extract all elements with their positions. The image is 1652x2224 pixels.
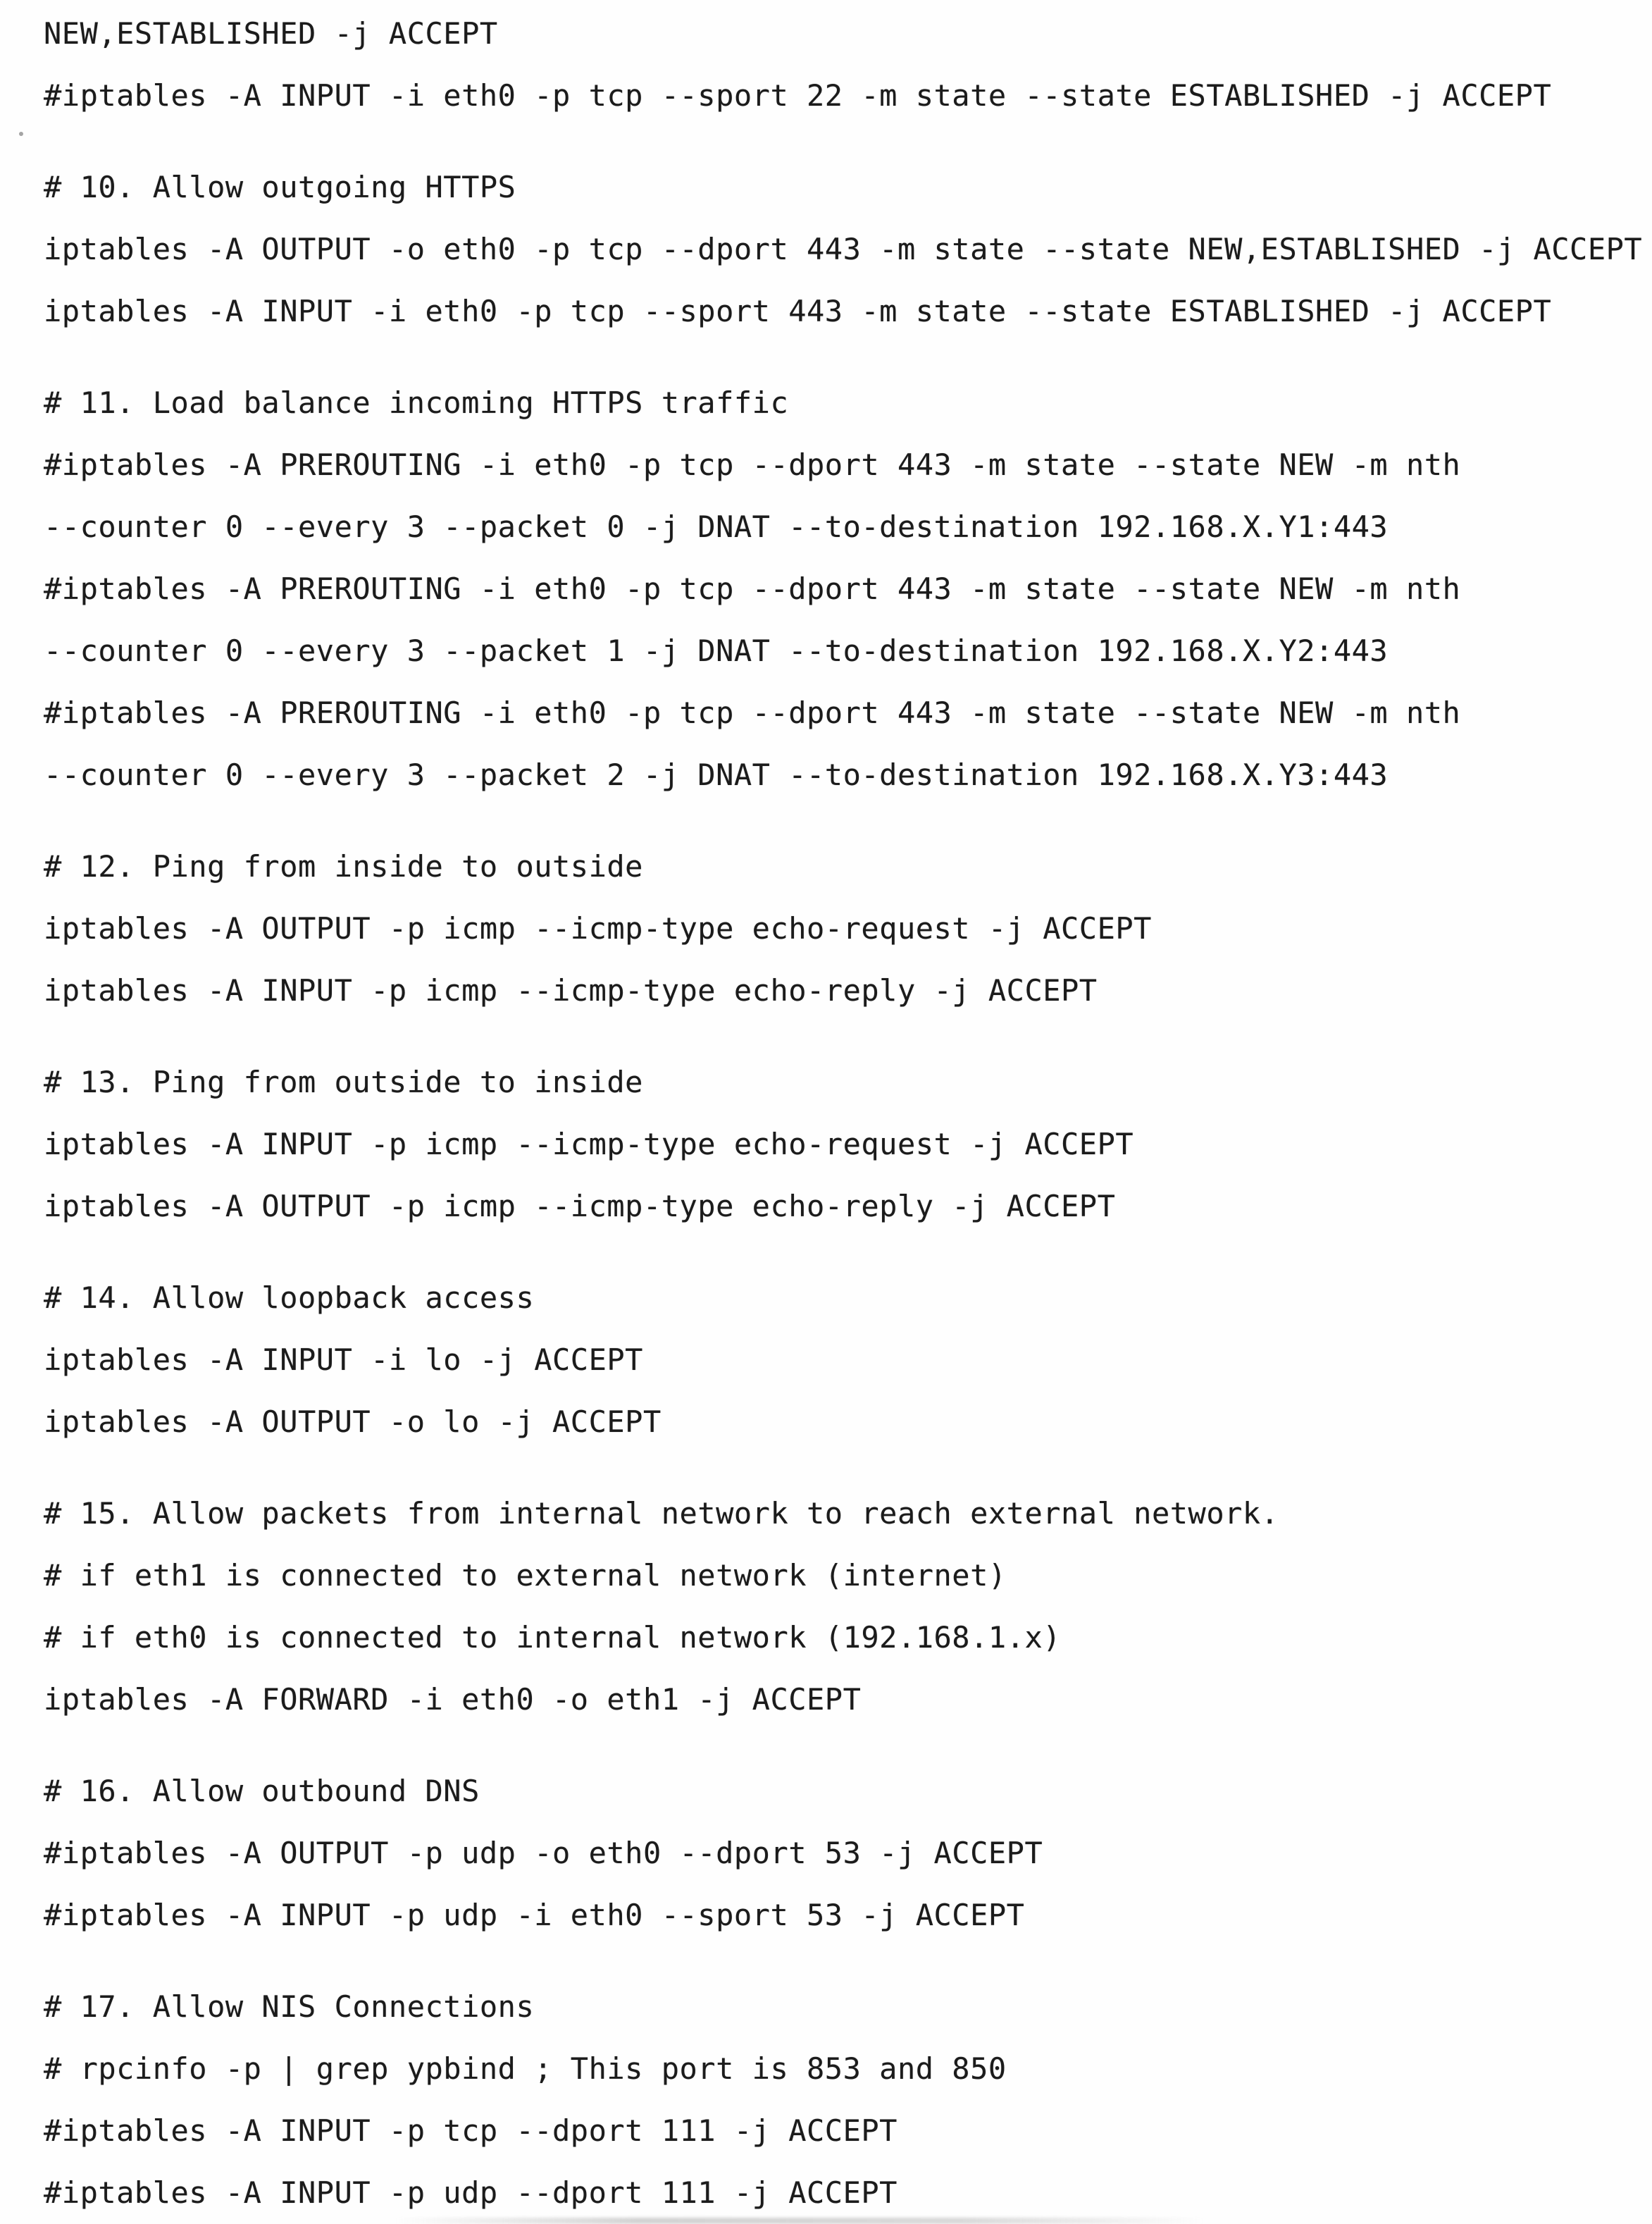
code-line: #iptables -A OUTPUT -p udp -o eth0 --dpo… [44, 1822, 1652, 1884]
iptables-rules-listing: NEW,ESTABLISHED -j ACCEPT#iptables -A IN… [44, 3, 1652, 2224]
code-line: iptables -A OUTPUT -p icmp --icmp-type e… [44, 1175, 1652, 1237]
code-line: iptables -A INPUT -i eth0 -p tcp --sport… [44, 280, 1652, 342]
code-line: iptables -A INPUT -p icmp --icmp-type ec… [44, 960, 1652, 1022]
code-line: iptables -A OUTPUT -o lo -j ACCEPT [44, 1391, 1652, 1453]
section-14-allow-loopback: # 14. Allow loopback accessiptables -A I… [44, 1267, 1652, 1453]
section-16-allow-outbound-dns: # 16. Allow outbound DNS#iptables -A OUT… [44, 1760, 1652, 1946]
scan-edge-artifact [395, 2218, 1205, 2224]
section-heading: # 12. Ping from inside to outside [44, 836, 1652, 898]
code-line: # rpcinfo -p | grep ypbind ; This port i… [44, 2038, 1652, 2100]
code-line: --counter 0 --every 3 --packet 2 -j DNAT… [44, 744, 1652, 806]
section-heading: # 17. Allow NIS Connections [44, 1976, 1652, 2038]
section-heading: # 15. Allow packets from internal networ… [44, 1483, 1652, 1545]
section-ssh-rule-continuation: NEW,ESTABLISHED -j ACCEPT#iptables -A IN… [44, 3, 1652, 127]
section-11-load-balance-https: # 11. Load balance incoming HTTPS traffi… [44, 372, 1652, 806]
code-line: #iptables -A PREROUTING -i eth0 -p tcp -… [44, 558, 1652, 620]
code-line: #iptables -A INPUT -p udp --dport 111 -j… [44, 2162, 1652, 2224]
code-line: iptables -A OUTPUT -p icmp --icmp-type e… [44, 898, 1652, 960]
section-heading: # 14. Allow loopback access [44, 1267, 1652, 1329]
code-line: iptables -A FORWARD -i eth0 -o eth1 -j A… [44, 1669, 1652, 1731]
section-13-ping-outside-to-inside: # 13. Ping from outside to insideiptable… [44, 1051, 1652, 1237]
section-15-internal-to-external: # 15. Allow packets from internal networ… [44, 1483, 1652, 1731]
code-line: #iptables -A PREROUTING -i eth0 -p tcp -… [44, 434, 1652, 496]
code-line: NEW,ESTABLISHED -j ACCEPT [44, 3, 1652, 65]
section-heading: # 13. Ping from outside to inside [44, 1051, 1652, 1113]
scanned-document-page: NEW,ESTABLISHED -j ACCEPT#iptables -A IN… [0, 0, 1652, 2224]
code-line: #iptables -A INPUT -i eth0 -p tcp --spor… [44, 65, 1652, 127]
code-line: iptables -A INPUT -p icmp --icmp-type ec… [44, 1113, 1652, 1175]
code-line: # if eth1 is connected to external netwo… [44, 1545, 1652, 1607]
code-line: iptables -A OUTPUT -o eth0 -p tcp --dpor… [44, 218, 1652, 280]
section-12-ping-inside-to-outside: # 12. Ping from inside to outsideiptable… [44, 836, 1652, 1022]
section-heading: # 10. Allow outgoing HTTPS [44, 156, 1652, 218]
section-heading: # 16. Allow outbound DNS [44, 1760, 1652, 1822]
section-10-allow-outgoing-https: # 10. Allow outgoing HTTPSiptables -A OU… [44, 156, 1652, 342]
code-line: iptables -A INPUT -i lo -j ACCEPT [44, 1329, 1652, 1391]
code-line: #iptables -A INPUT -p udp -i eth0 --spor… [44, 1884, 1652, 1946]
section-17-allow-nis-connections: # 17. Allow NIS Connections# rpcinfo -p … [44, 1976, 1652, 2224]
code-line: #iptables -A INPUT -p tcp --dport 111 -j… [44, 2100, 1652, 2162]
scan-speck-artifact [19, 132, 23, 136]
code-line: --counter 0 --every 3 --packet 0 -j DNAT… [44, 496, 1652, 558]
code-line: --counter 0 --every 3 --packet 1 -j DNAT… [44, 620, 1652, 682]
code-line: # if eth0 is connected to internal netwo… [44, 1607, 1652, 1669]
code-line: #iptables -A PREROUTING -i eth0 -p tcp -… [44, 682, 1652, 744]
section-heading: # 11. Load balance incoming HTTPS traffi… [44, 372, 1652, 434]
